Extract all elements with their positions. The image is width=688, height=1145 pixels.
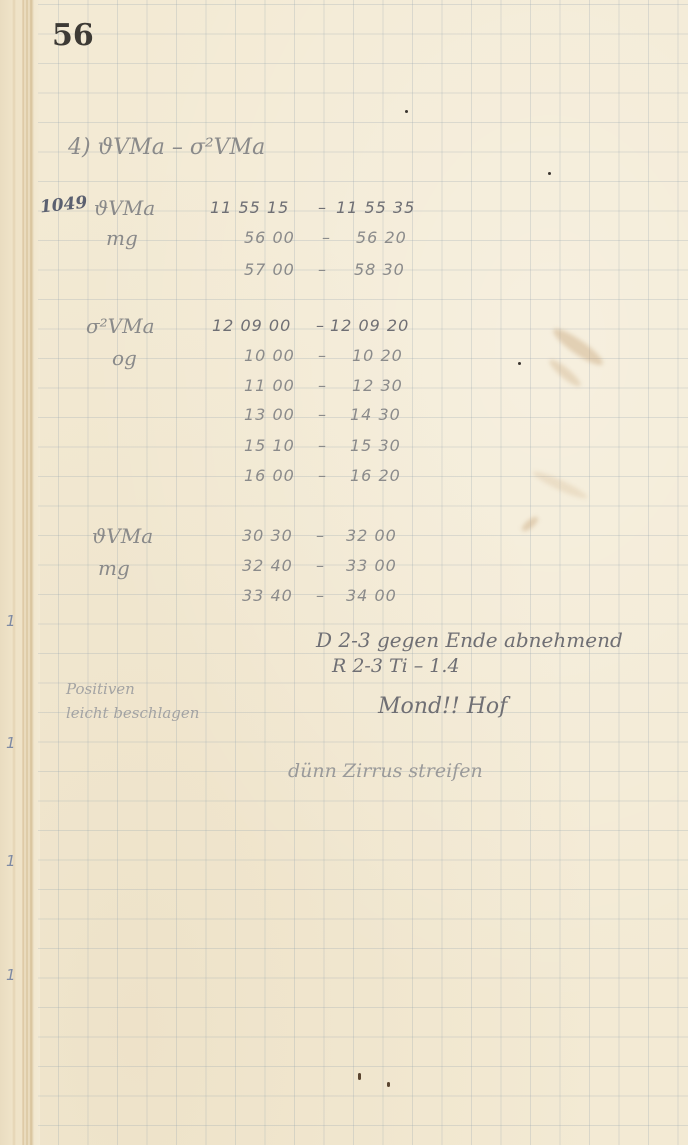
time-start: 57 00 — [244, 260, 295, 279]
note-seeing: D 2-3 gegen Ende abnehmend — [316, 628, 623, 652]
note-transparency: R 2-3 Ti – 1.4 — [332, 655, 460, 677]
time-end: 10 20 — [352, 346, 403, 365]
time-end: 14 30 — [350, 405, 401, 424]
time-end: 16 20 — [350, 466, 401, 485]
time-sep: – — [318, 436, 327, 455]
margin-mark: 1 — [6, 612, 16, 630]
margin-mark: 1 — [6, 852, 16, 870]
ink-speck — [548, 172, 551, 175]
ink-speck — [405, 110, 408, 113]
time-end: 32 00 — [346, 526, 397, 545]
filter-label: mg — [106, 226, 138, 250]
time-end: 11 55 35 — [336, 198, 415, 217]
filter-label: og — [112, 346, 137, 370]
time-start: 30 30 — [242, 526, 293, 545]
time-sep: – — [316, 586, 325, 605]
side-note-line-2: leicht beschlagen — [66, 704, 199, 722]
star-label: ϑVMa — [92, 524, 153, 548]
time-start: 12 09 00 — [212, 316, 291, 335]
time-start: 10 00 — [244, 346, 295, 365]
star-label: σ²VMa — [86, 314, 155, 338]
margin-mark: 1 — [6, 966, 16, 984]
time-sep: – — [318, 346, 327, 365]
margin-mark: 1 — [6, 734, 16, 752]
time-start: 15 10 — [244, 436, 295, 455]
time-end: 12 09 20 — [330, 316, 409, 335]
time-sep: – — [318, 466, 327, 485]
time-sep: – — [316, 316, 325, 335]
filter-label: mg — [98, 556, 130, 580]
time-sep: – — [322, 228, 331, 247]
time-sep: – — [318, 405, 327, 424]
ink-speck — [358, 1073, 361, 1080]
ink-speck — [518, 362, 521, 365]
time-start: 33 40 — [242, 586, 293, 605]
note-cirrus: dünn Zirrus streifen — [288, 760, 483, 782]
time-sep: – — [318, 198, 327, 217]
time-end: 33 00 — [346, 556, 397, 575]
ink-speck — [387, 1082, 390, 1087]
time-sep: – — [318, 260, 327, 279]
time-end: 12 30 — [352, 376, 403, 395]
time-end: 58 30 — [354, 260, 405, 279]
time-start: 16 00 — [244, 466, 295, 485]
notebook-page: 56 4) ϑVMa – σ²VMa 1049 ϑVMa mg 11 55 15… — [0, 0, 688, 1145]
time-start: 56 00 — [244, 228, 295, 247]
note-moon: Mond!! Hof — [378, 694, 507, 719]
time-start: 32 40 — [242, 556, 293, 575]
time-sep: – — [318, 376, 327, 395]
time-start: 13 00 — [244, 405, 295, 424]
time-sep: – — [316, 556, 325, 575]
time-end: 15 30 — [350, 436, 401, 455]
time-start: 11 00 — [244, 376, 295, 395]
time-end: 34 00 — [346, 586, 397, 605]
time-sep: – — [316, 526, 325, 545]
side-note-line-1: Positiven — [66, 680, 135, 698]
page-number: 56 — [52, 18, 94, 53]
time-end: 56 20 — [356, 228, 407, 247]
section-heading: 4) ϑVMa – σ²VMa — [68, 135, 265, 160]
time-start: 11 55 15 — [210, 198, 289, 217]
star-label: ϑVMa — [94, 196, 155, 220]
